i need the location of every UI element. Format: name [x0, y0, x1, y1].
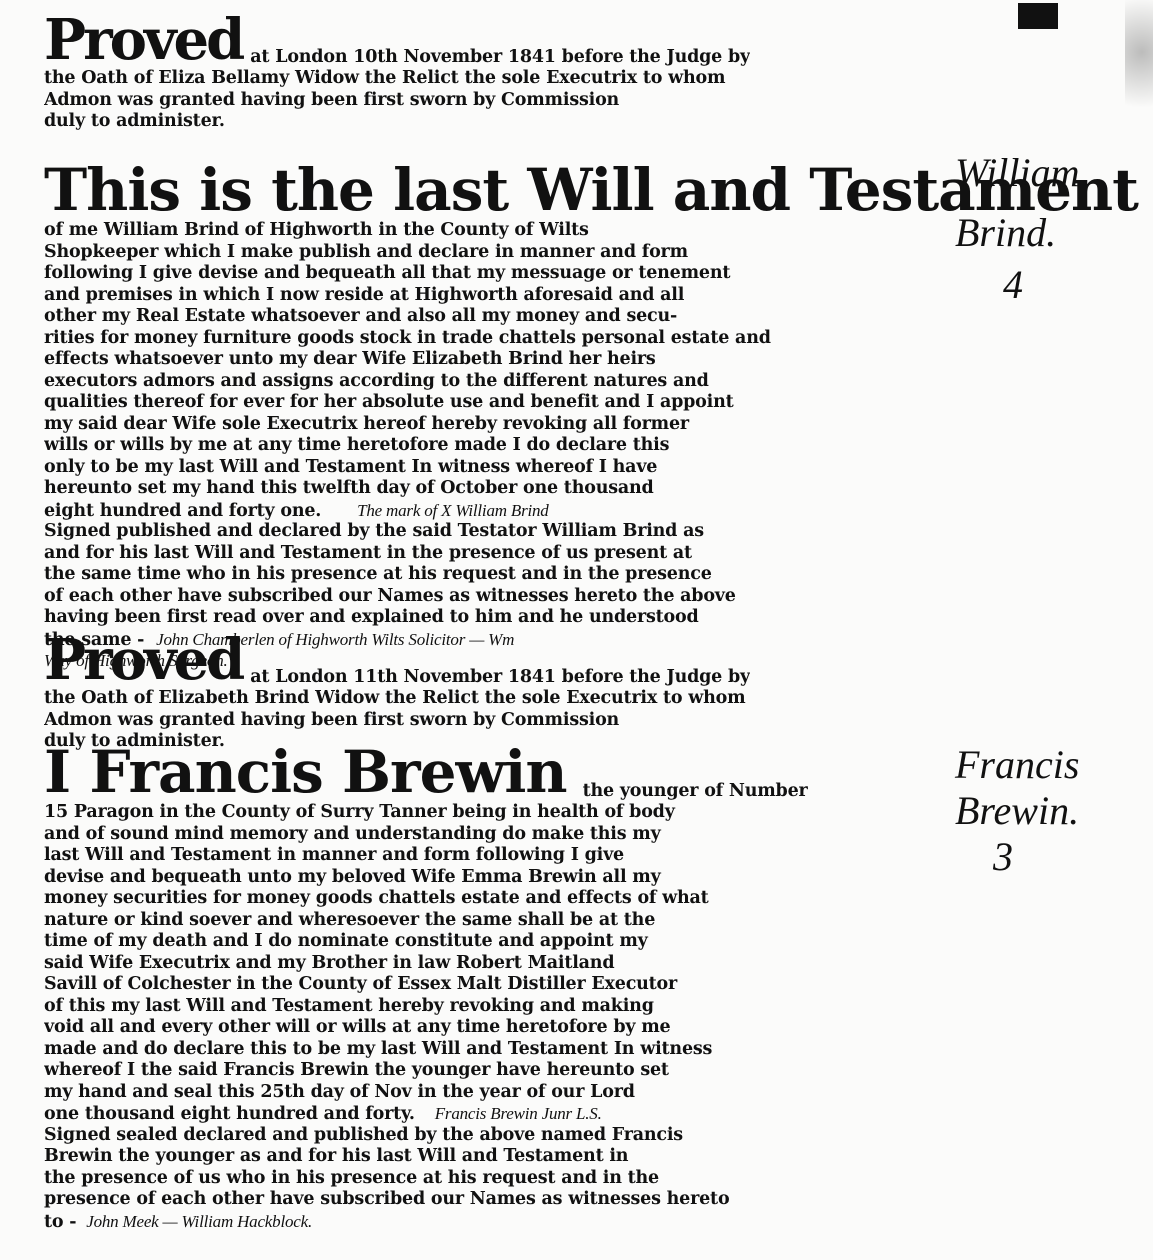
will-line: rities for money furniture goods stock i…: [44, 328, 936, 350]
will-line-with-signature: eight hundred and forty one. The mark of…: [44, 500, 936, 522]
will-entry-francis-brewin: I Francis Brewin the younger of Number 1…: [44, 752, 936, 1232]
proved-line: Admon was granted having been first swor…: [44, 710, 936, 732]
will-line: made and do declare this to be my last W…: [44, 1039, 936, 1061]
proved-heading: Proved: [44, 632, 242, 688]
will-line: void all and every other will or wills a…: [44, 1017, 936, 1039]
margin-note-name: William: [955, 150, 1079, 196]
attestation-line: having been first read over and explaine…: [44, 607, 936, 629]
will-line: whereof I the said Francis Brewin the yo…: [44, 1060, 936, 1082]
will-title-tail: the younger of Number: [583, 781, 808, 803]
margin-note-surname: Brewin.: [955, 788, 1079, 834]
attestation-line: Signed sealed declared and published by …: [44, 1125, 936, 1147]
attestation-line: the presence of us who in his presence a…: [44, 1168, 936, 1190]
proved-heading-tail: at London 10th November 1841 before the …: [250, 47, 750, 69]
margin-note-number: 4: [955, 262, 1079, 308]
register-page: Proved at London 10th November 1841 befo…: [0, 0, 1153, 1260]
will-line: following I give devise and bequeath all…: [44, 263, 936, 285]
will-line: wills or wills by me at any time heretof…: [44, 435, 936, 457]
will-line: my hand and seal this 25th day of Nov in…: [44, 1082, 936, 1104]
will-line: last Will and Testament in manner and fo…: [44, 845, 936, 867]
attestation-line: of each other have subscribed our Names …: [44, 586, 936, 608]
proved-heading: Proved: [44, 12, 242, 68]
page-edge-speckle: [1125, 0, 1153, 130]
will-line: time of my death and I do nominate const…: [44, 931, 936, 953]
attestation-line: presence of each other have subscribed o…: [44, 1189, 936, 1211]
attestation-line-with-witnesses: to - John Meek — William Hackblock.: [44, 1211, 936, 1233]
proved-line: duly to administer.: [44, 111, 936, 133]
will-line: only to be my last Will and Testament In…: [44, 457, 936, 479]
proved-line: Admon was granted having been first swor…: [44, 90, 936, 112]
witness-prefix: to -: [44, 1212, 76, 1232]
margin-note-name: Francis: [955, 742, 1079, 788]
proved-line: the Oath of Elizabeth Brind Widow the Re…: [44, 688, 936, 710]
proved-line: the Oath of Eliza Bellamy Widow the Reli…: [44, 68, 936, 90]
margin-note-number: 3: [955, 834, 1079, 880]
will-title: This is the last Will and Testament: [44, 160, 936, 220]
will-line: executors admors and assigns according t…: [44, 371, 936, 393]
will-line: nature or kind soever and wheresoever th…: [44, 910, 936, 932]
margin-note-francis-brewin: Francis Brewin. 3: [955, 742, 1079, 880]
will-line: one thousand eight hundred and forty.: [44, 1104, 415, 1124]
will-line: devise and bequeath unto my beloved Wife…: [44, 867, 936, 889]
margin-note-william-brind: William Brind. 4: [955, 150, 1079, 308]
will-line: of this my last Will and Testament hereb…: [44, 996, 936, 1018]
margin-note-surname: Brind.: [955, 210, 1079, 256]
will-line: eight hundred and forty one.: [44, 501, 321, 521]
will-line: qualities thereof for ever for her absol…: [44, 392, 936, 414]
will-line: effects whatsoever unto my dear Wife Eli…: [44, 349, 936, 371]
witness-signatures: John Meek — William Hackblock.: [86, 1212, 312, 1231]
ink-blot: [1018, 3, 1058, 29]
proved-heading-tail: at London 11th November 1841 before the …: [250, 667, 750, 689]
will-line: 15 Paragon in the County of Surry Tanner…: [44, 802, 936, 824]
attestation-line: Brewin the younger as and for his last W…: [44, 1146, 936, 1168]
probate-entry-elizabeth: Proved at London 11th November 1841 befo…: [44, 648, 936, 753]
will-line: other my Real Estate whatsoever and also…: [44, 306, 936, 328]
will-entry-william-brind: This is the last Will and Testament of m…: [44, 160, 936, 672]
will-line-with-signature: one thousand eight hundred and forty. Fr…: [44, 1103, 936, 1125]
attestation-line: the same time who in his presence at his…: [44, 564, 936, 586]
will-line: money securities for money goods chattel…: [44, 888, 936, 910]
will-line: Shopkeeper which I make publish and decl…: [44, 242, 936, 264]
attestation-line: and for his last Will and Testament in t…: [44, 543, 936, 565]
testator-signature: Francis Brewin Junr L.S.: [435, 1104, 602, 1123]
will-title: I Francis Brewin: [44, 742, 567, 802]
will-line: my said dear Wife sole Executrix hereof …: [44, 414, 936, 436]
will-line: said Wife Executrix and my Brother in la…: [44, 953, 936, 975]
attestation-line: Signed published and declared by the sai…: [44, 521, 936, 543]
will-line: Savill of Colchester in the County of Es…: [44, 974, 936, 996]
testator-signature: The mark of X William Brind: [357, 501, 549, 520]
will-line: and of sound mind memory and understandi…: [44, 824, 936, 846]
will-line: hereunto set my hand this twelfth day of…: [44, 478, 936, 500]
will-line: and premises in which I now reside at Hi…: [44, 285, 936, 307]
probate-entry-eliza: Proved at London 10th November 1841 befo…: [44, 28, 936, 133]
